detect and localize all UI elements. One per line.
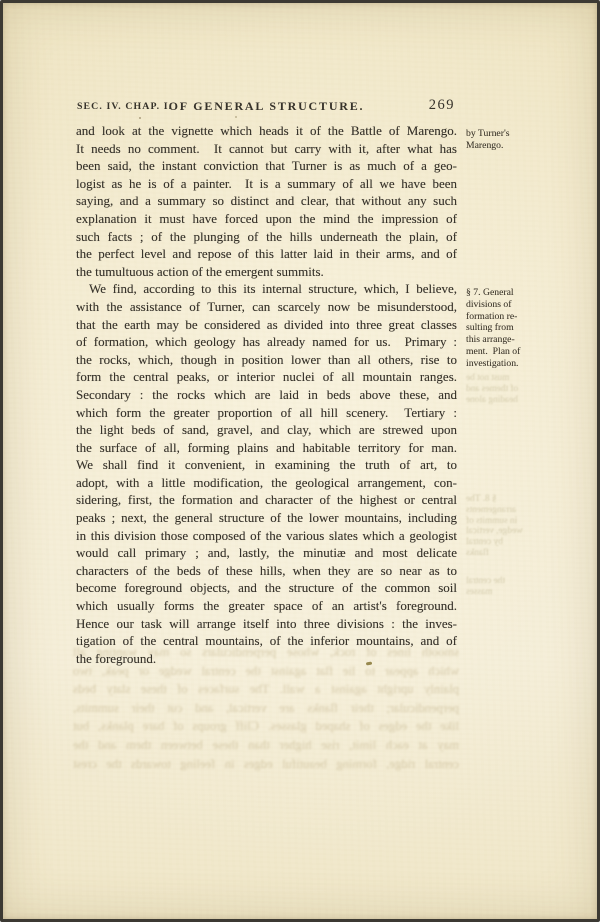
text-line: of formation, which geology has already … bbox=[76, 333, 457, 351]
book-page-scan: smooth lines of rock, whose perpendicula… bbox=[0, 0, 600, 922]
text-line: which form the greater proportion of all… bbox=[76, 404, 457, 422]
text-line: It needs no comment. It cannot but carry… bbox=[76, 140, 457, 158]
showthrough-margin-line: wedge, vertical bbox=[466, 526, 544, 537]
showthrough-margin-line: of themes and bbox=[466, 384, 544, 395]
running-title: OF GENERAL STRUCTURE. bbox=[76, 99, 457, 114]
running-header: SEC. IV. CHAP. I. OF GENERAL STRUCTURE. … bbox=[76, 98, 457, 114]
text-line: which usually forms the greater space of… bbox=[76, 597, 457, 615]
text-line: that the earth may be considered as divi… bbox=[76, 316, 457, 334]
text-line: in this division those composed of the v… bbox=[76, 527, 457, 545]
text-line: the light beds of sand, gravel, and clay… bbox=[76, 421, 457, 439]
text-line: the foreground. bbox=[76, 650, 457, 668]
text-line: logist as he is of a painter. It is a su… bbox=[76, 175, 457, 193]
text-line: the perfect level and repose of this lat… bbox=[76, 245, 457, 263]
text-line: explanation it must have forced upon the… bbox=[76, 210, 457, 228]
showthrough-line: perpendicular; their flanks are vertical… bbox=[73, 699, 459, 718]
text-line: characters of the beds of these hills, w… bbox=[76, 562, 457, 580]
text-line: and look at the vignette which heads it … bbox=[76, 122, 457, 140]
margin-note-line: § 7. General bbox=[466, 287, 554, 299]
text-line: We shall find it convenient, in examinin… bbox=[76, 456, 457, 474]
showthrough-margin-line: arrangements bbox=[466, 505, 544, 516]
margin-note-line: investigation. bbox=[466, 358, 554, 370]
showthrough-margin-line: must not be bbox=[466, 373, 544, 384]
margin-note-line: Marengo. bbox=[466, 140, 554, 152]
showthrough-line: like the edges of shaped glasses. Cliff … bbox=[73, 717, 459, 736]
text-line: Hence our task will arrange itself into … bbox=[76, 615, 457, 633]
showthrough-margin-note: must not beof themes andheading alone bbox=[466, 373, 544, 405]
margin-note-line: this arrange- bbox=[466, 334, 554, 346]
margin-note-line: sulting from bbox=[466, 322, 554, 334]
margin-note-line: divisions of bbox=[466, 299, 554, 311]
text-line: with the assistance of Turner, can scarc… bbox=[76, 298, 457, 316]
text-line: peaks ; next, the general structure of t… bbox=[76, 509, 457, 527]
text-line: would call primary ; and, lastly, the mi… bbox=[76, 544, 457, 562]
showthrough-line: plainly upright against a wall. The surf… bbox=[73, 680, 459, 699]
text-line: Secondary : the rocks which are laid in … bbox=[76, 386, 457, 404]
text-line: the rocks, which, though in position low… bbox=[76, 351, 457, 369]
showthrough-margin-line: by central bbox=[466, 537, 544, 548]
ink-speck bbox=[235, 116, 237, 118]
showthrough-margin-line: § 8. The bbox=[466, 494, 544, 505]
body-text-column: and look at the vignette which heads it … bbox=[76, 122, 457, 667]
text-line: saying, and a summary so distinct and cl… bbox=[76, 192, 457, 210]
text-line: form the central peaks, or interior nucl… bbox=[76, 368, 457, 386]
showthrough-line: central ridge, forming beautiful edges i… bbox=[73, 755, 459, 774]
text-line: become foreground objects, and the struc… bbox=[76, 579, 457, 597]
showthrough-margin-line: in summits of bbox=[466, 516, 544, 527]
showthrough-margin-line: masses bbox=[466, 587, 544, 598]
text-line: tigation of the central mountains, of th… bbox=[76, 632, 457, 650]
page-number: 269 bbox=[429, 97, 455, 114]
margin-note-line: formation re- bbox=[466, 311, 554, 323]
text-line: the surface of all, forming plains and h… bbox=[76, 439, 457, 457]
showthrough-margin-note: § 8. Thearrangementsin summits ofwedge, … bbox=[466, 494, 544, 559]
showthrough-line: may at each limit, rise higher than thes… bbox=[73, 736, 459, 755]
text-line: been said, the instant conviction that T… bbox=[76, 157, 457, 175]
text-line: sidering, first, the formation and chara… bbox=[76, 491, 457, 509]
showthrough-margin-line: the central bbox=[466, 576, 544, 587]
text-line: such facts ; of the plunging of the hill… bbox=[76, 228, 457, 246]
text-line: We find, according to this its internal … bbox=[76, 280, 457, 298]
showthrough-margin-line: heading alone bbox=[466, 395, 544, 406]
ink-speck bbox=[139, 117, 141, 119]
showthrough-margin-line: flanks bbox=[466, 548, 544, 559]
margin-note-line: ment. Plan of bbox=[466, 346, 554, 358]
margin-note: by Turner'sMarengo. bbox=[466, 128, 554, 152]
text-line: adopt, with a little modification, the g… bbox=[76, 474, 457, 492]
text-line: the tumultuous action of the emergent su… bbox=[76, 263, 457, 281]
margin-note-line: by Turner's bbox=[466, 128, 554, 140]
showthrough-margin-note: the centralmasses bbox=[466, 576, 544, 598]
margin-note: § 7. Generaldivisions offormation re-sul… bbox=[466, 287, 554, 370]
